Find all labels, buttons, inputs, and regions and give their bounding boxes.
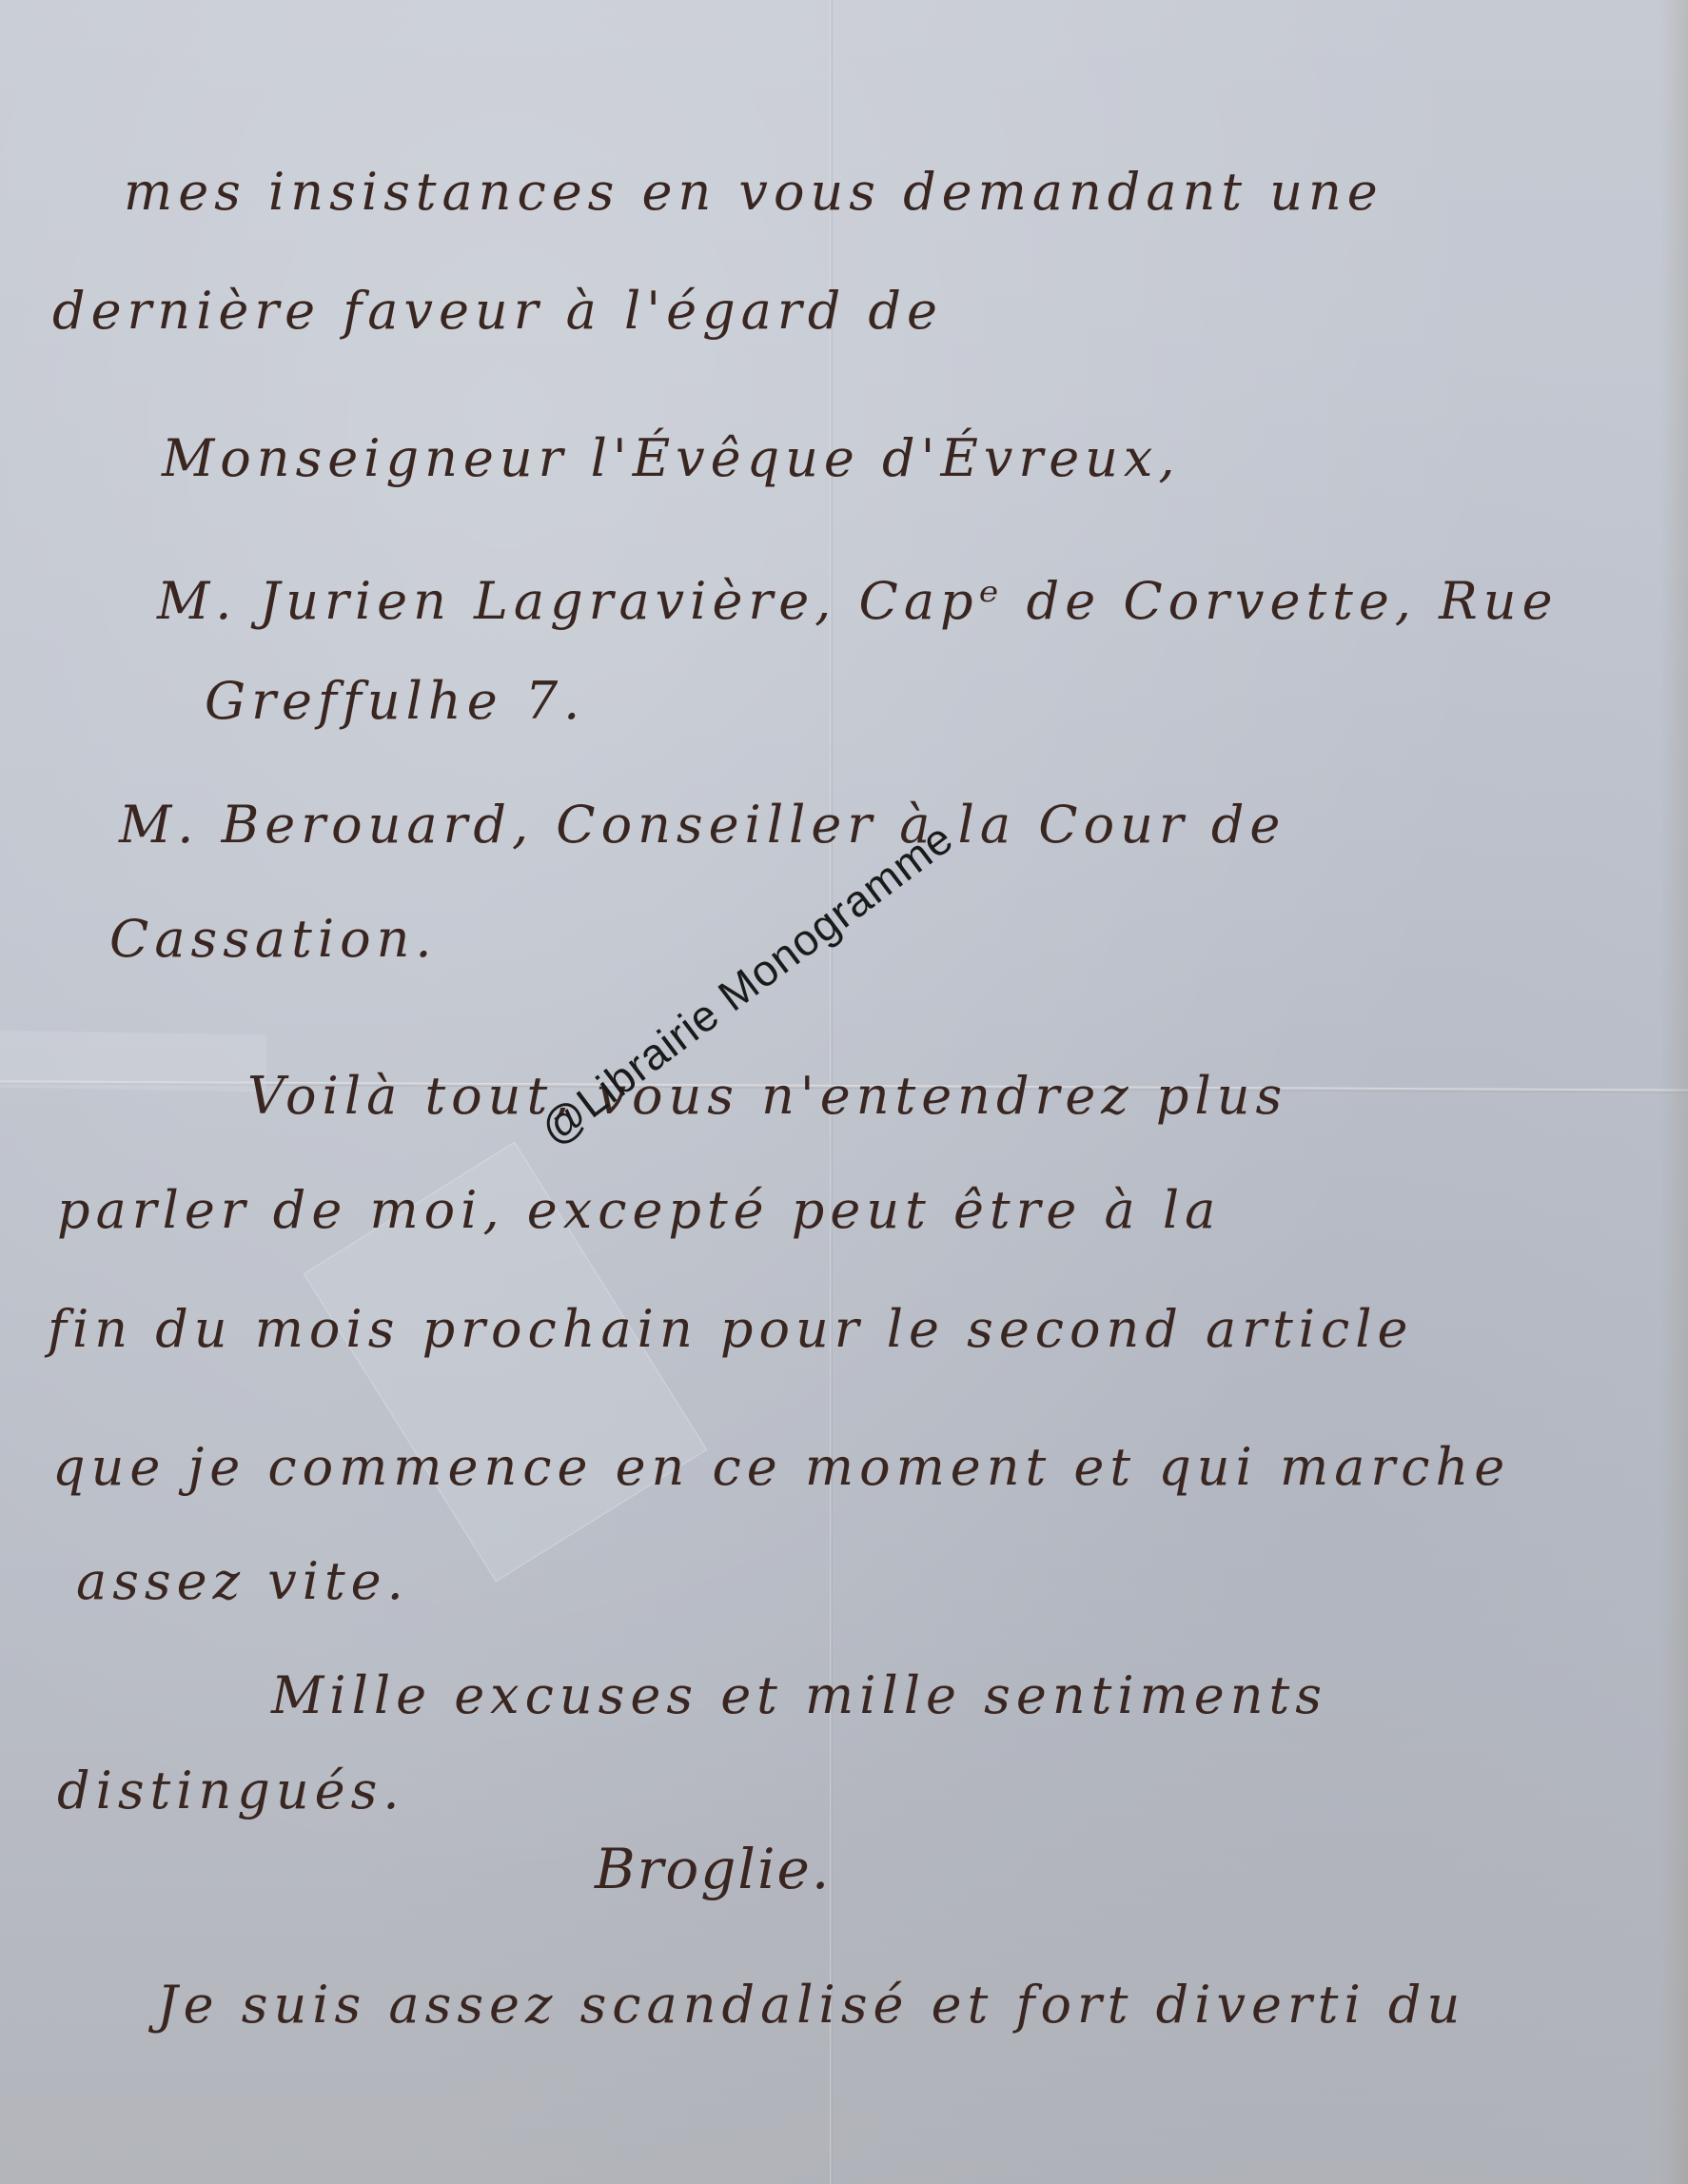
letter-line: Cassation. <box>109 914 438 965</box>
signature: Broglie. <box>595 1841 831 1897</box>
letter-line: mes insistances en vous demandant une <box>124 167 1384 218</box>
letter-line: dernière faveur à l'égard de <box>52 285 943 337</box>
letter-line: M. Berouard, Conseiller à la Cour de <box>119 799 1286 851</box>
letter-line: parler de moi, excepté peut être à la <box>57 1185 1221 1236</box>
paper-edge-shadow <box>1659 0 1688 2184</box>
letter-line: que je commence en ce moment et qui marc… <box>52 1442 1510 1493</box>
letter-line: assez vite. <box>76 1556 409 1607</box>
letter-line: Monseigneur l'Évêque d'Évreux, <box>162 433 1181 484</box>
letter-page: mes insistances en vous demandant une de… <box>0 0 1688 2184</box>
letter-line: Je suis assez scandalisé et fort diverti… <box>157 1979 1465 2031</box>
letter-line: Voilà tout, vous n'entendrez plus <box>247 1071 1287 1122</box>
letter-line: M. Jurien Lagravière, Capᵉ de Corvette, … <box>157 576 1559 627</box>
letter-line: fin du mois prochain pour le second arti… <box>48 1304 1414 1355</box>
tape-repair-left <box>0 1030 267 1092</box>
letter-line: Mille excuses et mille sentiments <box>271 1670 1327 1722</box>
letter-line: Greffulhe 7. <box>205 676 585 727</box>
letter-line: distingués. <box>57 1765 404 1817</box>
